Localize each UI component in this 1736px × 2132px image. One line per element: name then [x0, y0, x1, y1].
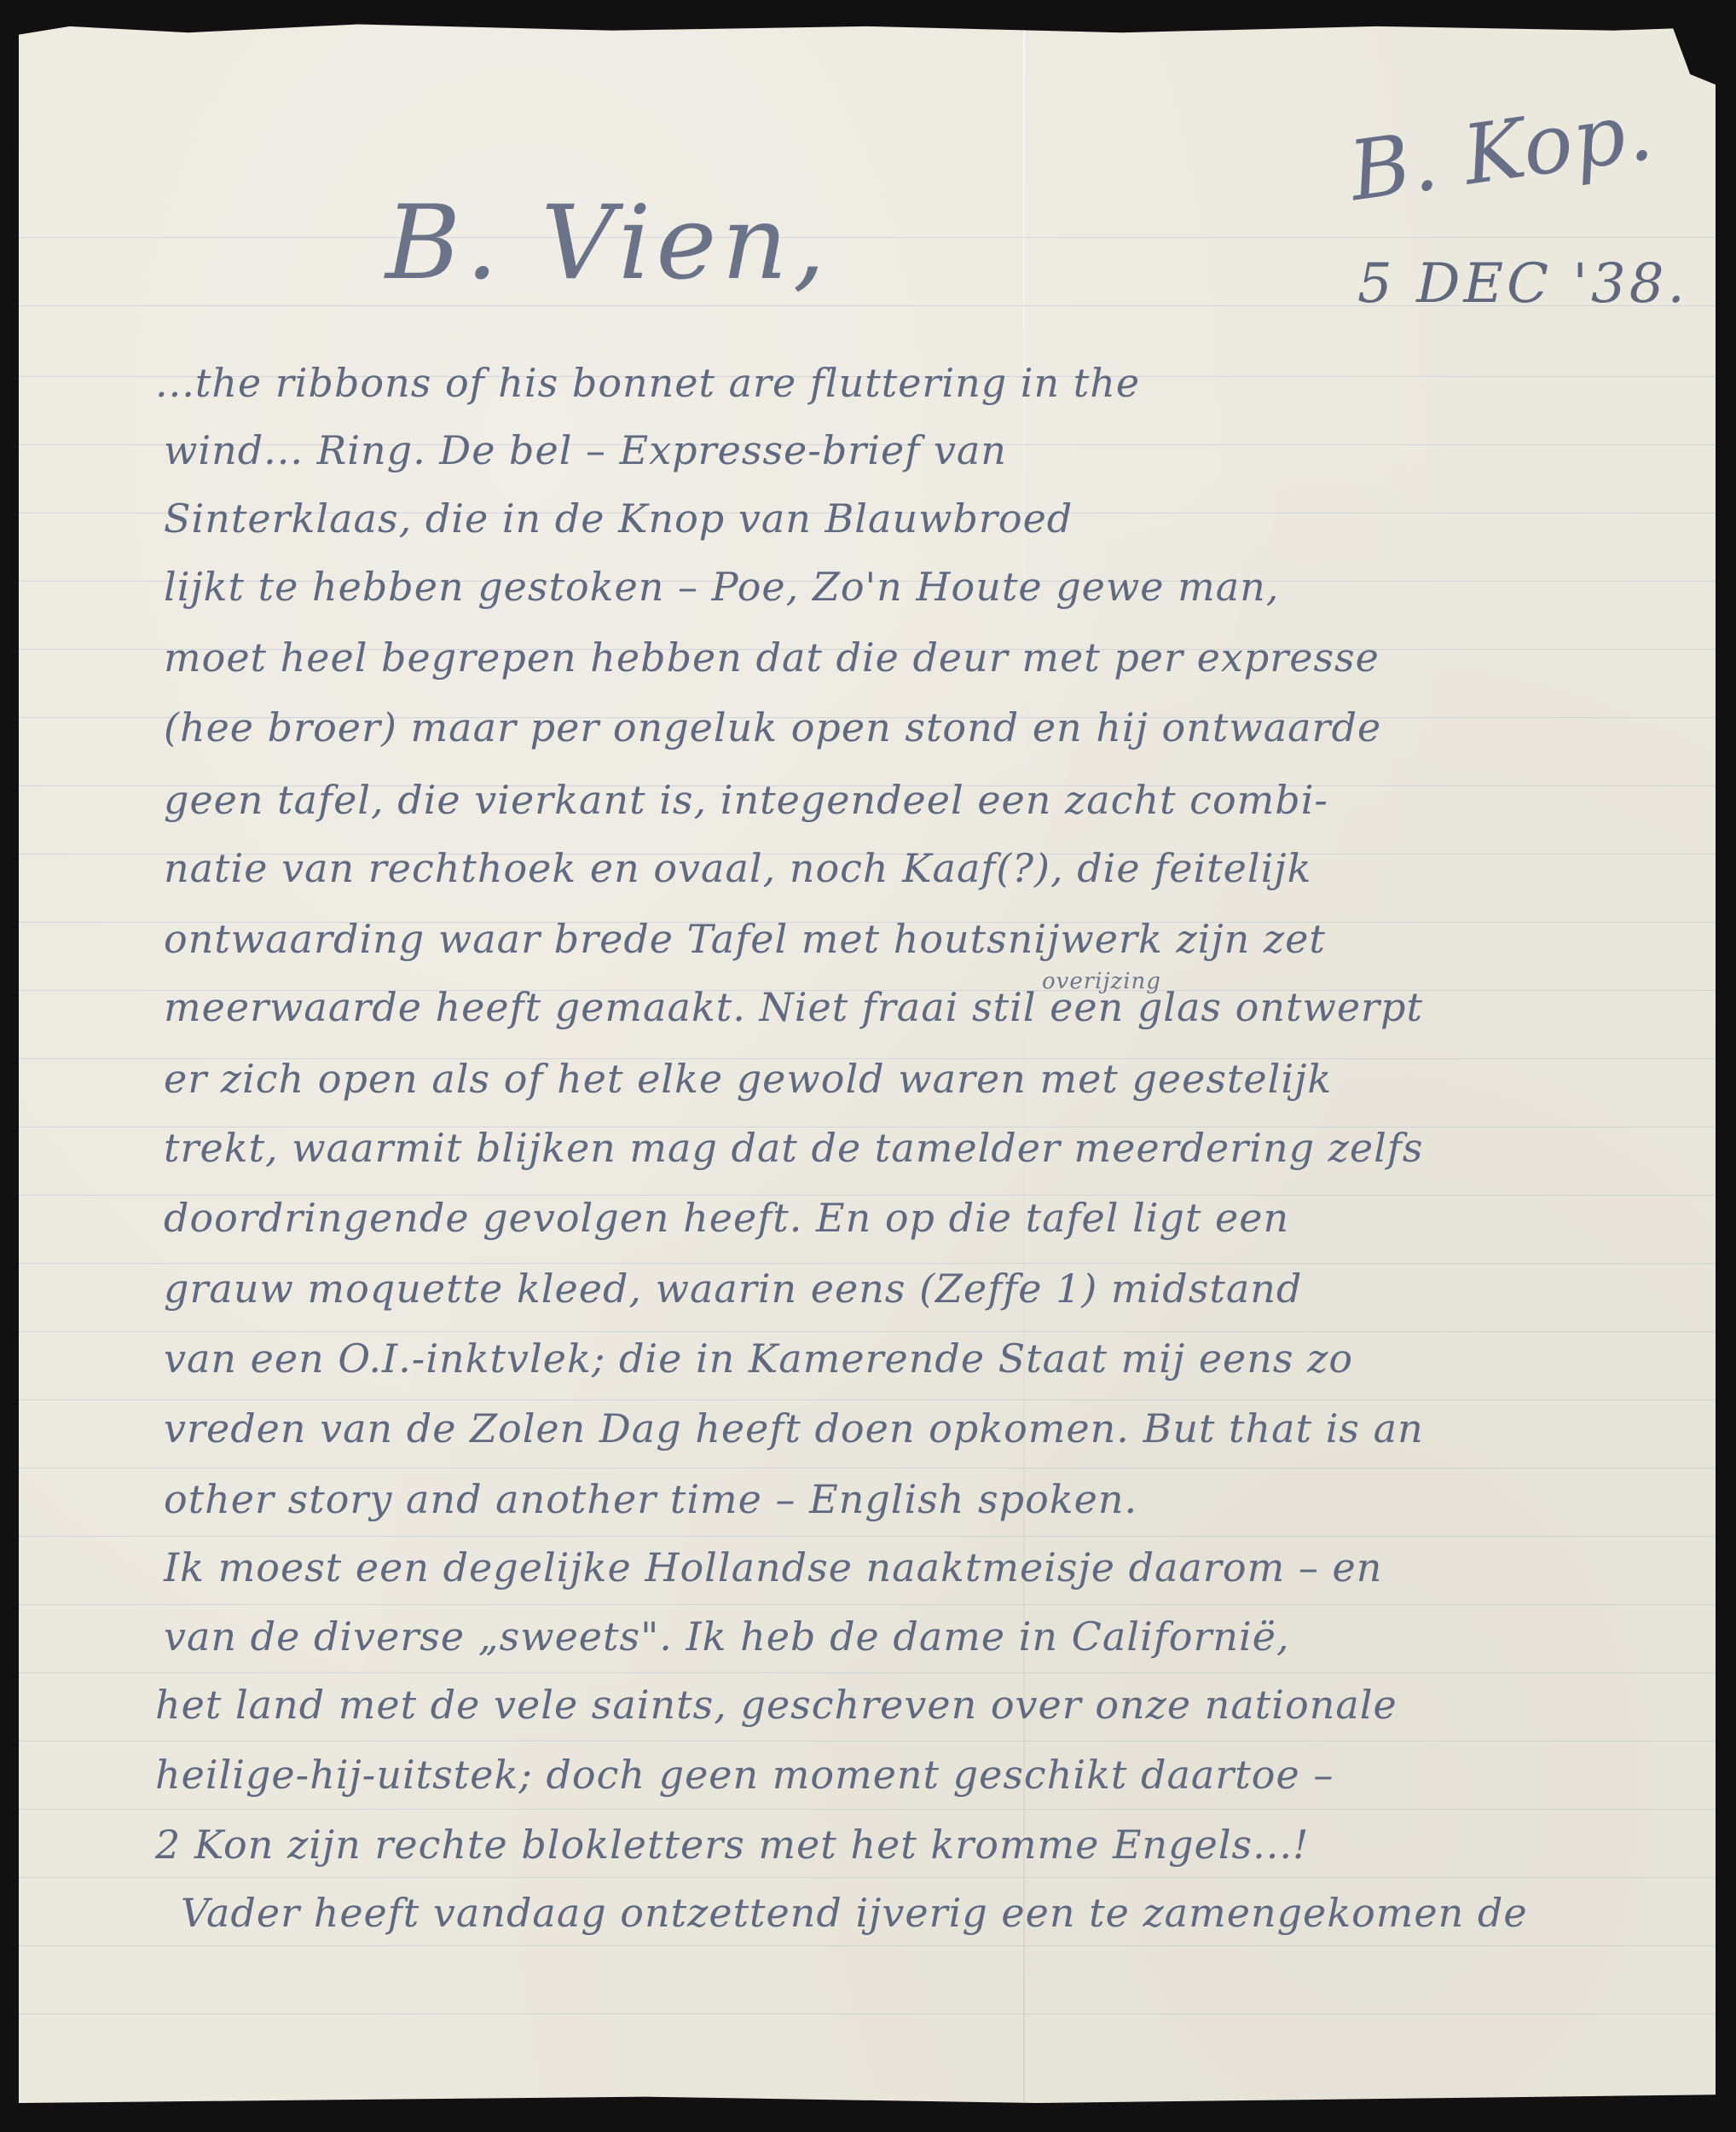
- body-line: ontwaarding waar brede Tafel met houtsni…: [164, 916, 1326, 962]
- ruled-line: [19, 1809, 1716, 1810]
- body-line: Vader heeft vandaag ontzettend ijverig e…: [181, 1890, 1528, 1936]
- body-line: 2 Kon zijn rechte blokletters met het kr…: [155, 1822, 1310, 1868]
- body-line: geen tafel, die vierkant is, integendeel…: [164, 777, 1328, 823]
- ruled-line: [19, 237, 1716, 238]
- letter-date: 5 DEC '38.: [1357, 252, 1688, 316]
- body-line: grauw moquette kleed, waarin eens (Zeffe…: [164, 1266, 1302, 1312]
- ruled-line: [19, 1741, 1716, 1741]
- ruled-line: [19, 1945, 1716, 1946]
- body-line: trekt, waarmit blijken mag dat de tameld…: [164, 1125, 1423, 1171]
- body-line: heilige-hij-uitstek; doch geen moment ge…: [155, 1752, 1334, 1798]
- body-line: natie van rechthoek en ovaal, noch Kaaf(…: [164, 845, 1311, 891]
- body-line: wind... Ring. De bel – Expresse-brief va…: [164, 427, 1007, 473]
- body-line: (hee broer) maar per ongeluk open stond …: [164, 704, 1381, 750]
- body-line: Ik moest een degelijke Hollandse naaktme…: [164, 1544, 1382, 1590]
- ruled-line: [19, 2013, 1716, 2014]
- body-line: ...the ribbons of his bonnet are flutter…: [155, 360, 1140, 406]
- signature: B. Kop.: [1344, 83, 1659, 220]
- body-line: er zich open als of het elke gewold ware…: [164, 1056, 1332, 1102]
- body-line: van een O.I.-inktvlek; die in Kamerende …: [164, 1335, 1353, 1382]
- body-line: doordringende gevolgen heeft. En op die …: [164, 1195, 1289, 1241]
- ruled-line: [19, 1331, 1716, 1332]
- salutation: B. Vien,: [385, 184, 830, 303]
- body-line: moet heel begrepen hebben dat die deur m…: [164, 634, 1380, 681]
- body-line: Sinterklaas, die in de Knop van Blauwbro…: [164, 495, 1073, 542]
- body-line: van de diverse „sweets". Ik heb de dame …: [164, 1613, 1290, 1660]
- ruled-line: [19, 1877, 1716, 1878]
- ruled-line: [19, 1263, 1716, 1264]
- body-line: other story and another time – English s…: [164, 1476, 1137, 1522]
- scanned-letter: B. Vien, B. Kop. 5 DEC '38. ...the ribbo…: [0, 0, 1736, 2132]
- body-line: het land met de vele saints, geschreven …: [155, 1682, 1397, 1728]
- body-line: meerwaarde heeft gemaakt. Niet fraai sti…: [164, 984, 1423, 1030]
- ruled-line: [19, 1672, 1716, 1673]
- ruled-line: [19, 1536, 1716, 1537]
- body-line: vreden van de Zolen Dag heeft doen opkom…: [164, 1405, 1424, 1451]
- ruled-line: [19, 1468, 1716, 1469]
- ruled-line: [19, 1604, 1716, 1605]
- ruled-line: [19, 1399, 1716, 1400]
- body-line: lijkt te hebben gestoken – Poe, Zo'n Hou…: [164, 564, 1279, 610]
- letter-paper: B. Vien, B. Kop. 5 DEC '38. ...the ribbo…: [19, 22, 1716, 2103]
